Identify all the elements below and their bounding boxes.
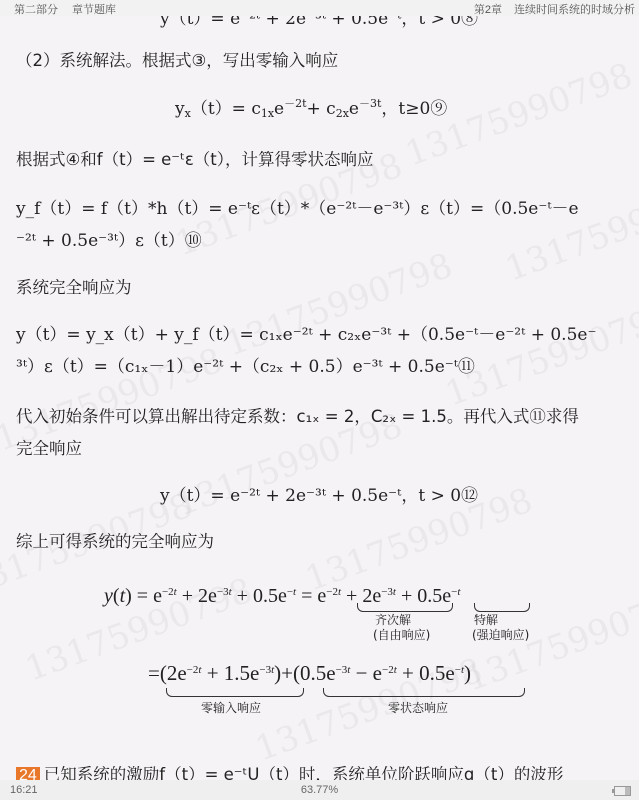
equation-9: yx（t）= c1xe－2t+ c2xe－3t，t≥0⑨ bbox=[175, 98, 447, 120]
document-page[interactable]: 13175990798 13175990798 13175990798 1317… bbox=[0, 0, 639, 780]
next-question[interactable]: 24已知系统的激励f（t）= e⁻ᵗU（t）时，系统单位阶跃响应g（t）的波形 bbox=[16, 764, 563, 780]
question-number-badge: 24 bbox=[16, 767, 40, 780]
watermark: 13175990798 bbox=[220, 246, 457, 365]
watermark: 13175990798 bbox=[500, 171, 639, 290]
label-free-response: (自由响应) bbox=[373, 628, 430, 643]
brace-particular bbox=[474, 603, 530, 612]
reading-progress: 63.77% bbox=[0, 784, 639, 796]
watermark: 13175990798 bbox=[440, 296, 639, 415]
coefficient-text-line2: 完全响应 bbox=[16, 438, 82, 460]
coefficient-text-line1: 代入初始条件可以算出解出待定系数：c₁ₓ = 2，C₂ₓ = 1.5。再代入式⑪… bbox=[16, 406, 579, 428]
equation-10-line2: ⁻²ᵗ + 0.5e⁻³ᵗ）ε（t）⑩ bbox=[16, 230, 202, 252]
header-bar: 第二部分章节题库 第2章连续时间系统的时域分析 bbox=[0, 0, 639, 16]
brace-zero-input bbox=[166, 688, 304, 697]
equation-11-line1: y（t）= y_x（t）+ y_f（t）= c₁ₓe⁻²ᵗ + c₂ₓe⁻³ᵗ … bbox=[16, 324, 596, 346]
battery-icon bbox=[614, 786, 631, 796]
question-text: 已知系统的激励f（t）= e⁻ᵗU（t）时，系统单位阶跃响应g（t）的波形 bbox=[44, 765, 564, 780]
header-chapter-title: 连续时间系统的时域分析 bbox=[514, 4, 635, 16]
equation-10-line1: y_f（t）= f（t）*h（t）= e⁻ᵗε（t）*（e⁻²ᵗ－e⁻³ᵗ）ε（… bbox=[16, 198, 579, 220]
label-homogeneous: 齐次解 bbox=[375, 613, 411, 628]
header-part: 第二部分 bbox=[14, 4, 58, 16]
complete-response-intro: 系统完全响应为 bbox=[16, 277, 132, 299]
figure-row2-equation: =(2e−2t + 1.5e−3t)+(0.5e−3t − e−2t + 0.5… bbox=[148, 662, 471, 684]
label-particular: 特解 bbox=[474, 613, 498, 628]
reader-status-bar: 16:21 63.77% bbox=[0, 780, 639, 800]
step2-intro: （2）系统解法。根据式③，写出零输入响应 bbox=[16, 50, 338, 72]
equation-11-line2: ³ᵗ）ε（t）=（c₁ₓ－1）e⁻²ᵗ +（c₂ₓ + 0.5）e⁻³ᵗ + 0… bbox=[16, 356, 475, 378]
header-chapter: 第2章 bbox=[474, 4, 502, 16]
brace-zero-state bbox=[323, 688, 525, 697]
zero-state-intro: 根据式④和f（t）= e⁻ᵗε（t），计算得零状态响应 bbox=[16, 149, 374, 171]
header-section: 章节题库 bbox=[72, 4, 116, 16]
brace-homogeneous bbox=[357, 603, 453, 612]
label-zero-input-response: 零输入响应 bbox=[201, 701, 261, 716]
label-forced-response: (强迫响应) bbox=[472, 628, 529, 643]
label-zero-state-response: 零状态响应 bbox=[388, 701, 448, 716]
summary-intro: 综上可得系统的完全响应为 bbox=[16, 531, 214, 553]
equation-12: y（t）= e⁻²ᵗ + 2e⁻³ᵗ + 0.5e⁻ᵗ，t > 0⑫ bbox=[160, 485, 478, 507]
